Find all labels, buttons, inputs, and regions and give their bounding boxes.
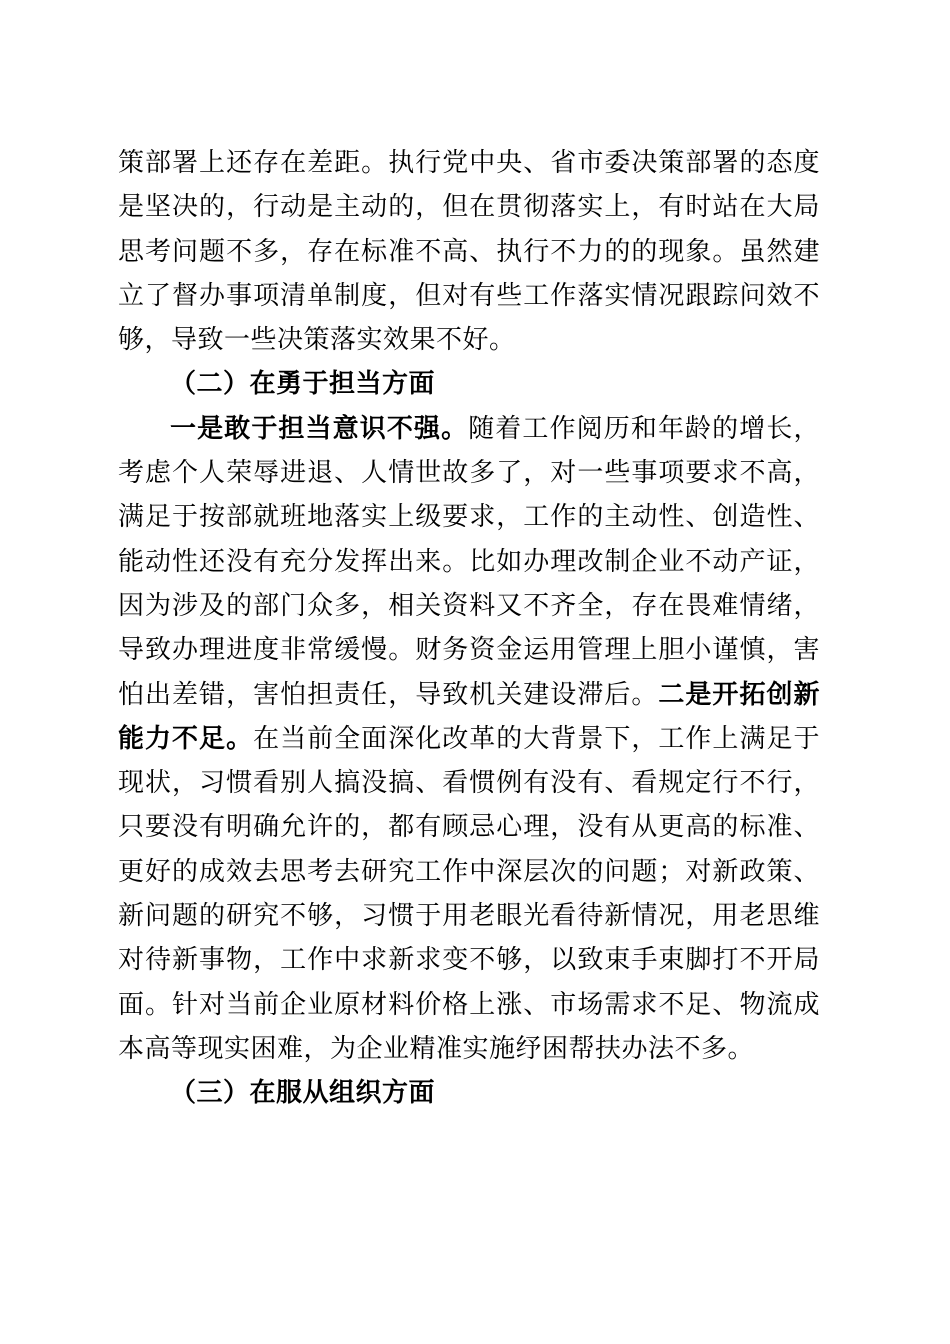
heading-section-2-daring-responsibility: （二）在勇于担当方面 (118, 362, 820, 406)
body-text-run: 随着工作阅历和年龄的增长，考虑个人荣辱进退、人情世故多了，对一些事项要求不高，满… (118, 414, 820, 710)
body-text-run: 在当前全面深化改革的大背景下，工作上满足于现状，习惯看别人搞没搞、看惯例有没有、… (118, 724, 820, 1064)
heading-section-3-obeying-organization: （三）在服从组织方面 (118, 1071, 820, 1115)
emphasis-text-run: 一是敢于担当意识不强。 (170, 414, 468, 444)
emphasis-text-run: （二）在勇于担当方面 (170, 369, 435, 399)
body-text-run: 策部署上还存在差距。执行党中央、省市委决策部署的态度是坚决的，行动是主动的，但在… (118, 148, 820, 355)
document-body: 策部署上还存在差距。执行党中央、省市委决策部署的态度是坚决的，行动是主动的，但在… (118, 141, 820, 1116)
paragraph-daring-responsibility-issues: 一是敢于担当意识不强。随着工作阅历和年龄的增长，考虑个人荣辱进退、人情世故多了，… (118, 407, 820, 1071)
emphasis-text-run: （三）在服从组织方面 (170, 1078, 435, 1108)
paragraph-policy-implementation-continued: 策部署上还存在差距。执行党中央、省市委决策部署的态度是坚决的，行动是主动的，但在… (118, 141, 820, 362)
document-page: 策部署上还存在差距。执行党中央、省市委决策部署的态度是坚决的，行动是主动的，但在… (0, 0, 950, 1344)
